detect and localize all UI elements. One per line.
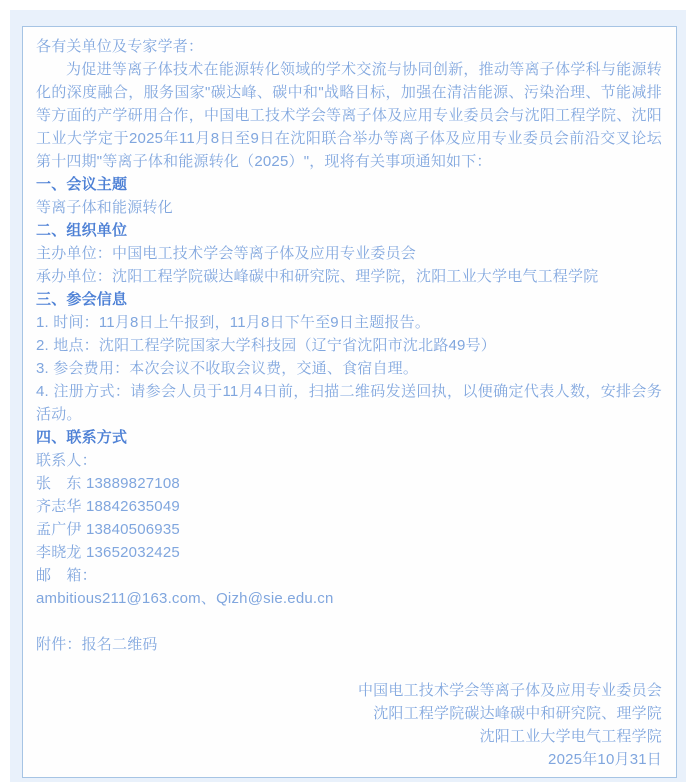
- blank-line: [36, 656, 662, 679]
- signature-line: 沈阳工业大学电气工程学院: [36, 725, 662, 748]
- host-line: 主办单位：中国电工技术学会等离子体及应用专业委员会: [36, 242, 662, 265]
- cohost-line: 承办单位：沈阳工程学院碳达峰碳中和研究院、理学院，沈阳工业大学电气工程学院: [36, 265, 662, 288]
- signature-line: 中国电工技术学会等离子体及应用专业委员会: [36, 679, 662, 702]
- blank-line: [36, 610, 662, 633]
- section-heading-participation: 三、参会信息: [36, 288, 662, 311]
- section-heading-organizers: 二、组织单位: [36, 219, 662, 242]
- notice-body: 各有关单位及专家学者： 为促进等离子体技术在能源转化领域的学术交流与协同创新，推…: [22, 26, 677, 778]
- time-line: 1. 时间：11月8日上午报到，11月8日下午至9日主题报告。: [36, 311, 662, 334]
- email-line: ambitious211@163.com、Qizh@sie.edu.cn: [36, 587, 662, 610]
- email-label-line: 邮 箱：: [36, 564, 662, 587]
- topic-line: 等离子体和能源转化: [36, 196, 662, 219]
- contact-label-line: 联系人：: [36, 449, 662, 472]
- notice-panel: 各有关单位及专家学者： 为促进等离子体技术在能源转化领域的学术交流与协同创新，推…: [10, 10, 686, 782]
- fee-line: 3. 参会费用：本次会议不收取会议费，交通、食宿自理。: [36, 357, 662, 380]
- registration-line: 4. 注册方式：请参会人员于11月4日前，扫描二维码发送回执，以便确定代表人数，…: [36, 380, 662, 426]
- contact-phone-line: 孟广伊 13840506935: [36, 518, 662, 541]
- greeting-line: 各有关单位及专家学者：: [36, 35, 662, 58]
- signature-date: 2025年10月31日: [36, 748, 662, 771]
- section-heading-topic: 一、会议主题: [36, 173, 662, 196]
- location-line: 2. 地点：沈阳工程学院国家大学科技园（辽宁省沈阳市沈北路49号）: [36, 334, 662, 357]
- contact-phone-line: 李晓龙 13652032425: [36, 541, 662, 564]
- attachment-line: 附件：报名二维码: [36, 633, 662, 656]
- intro-paragraph: 为促进等离子体技术在能源转化领域的学术交流与协同创新，推动等离子体学科与能源转化…: [36, 58, 662, 173]
- contact-phone-line: 张 东 13889827108: [36, 472, 662, 495]
- section-heading-contact: 四、联系方式: [36, 426, 662, 449]
- signature-line: 沈阳工程学院碳达峰碳中和研究院、理学院: [36, 702, 662, 725]
- contact-phone-line: 齐志华 18842635049: [36, 495, 662, 518]
